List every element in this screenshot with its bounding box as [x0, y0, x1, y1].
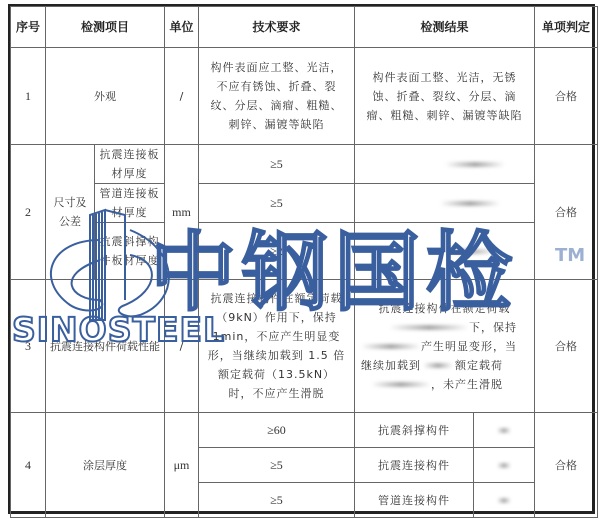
- test-report-table-frame: 序号 检测项目 单位 技术要求 检测结果 单项判定 1 外观 / 构件表面应工整…: [8, 4, 595, 514]
- subitem-name: 抗震斜撑构件板材厚度: [95, 223, 165, 280]
- header-no: 序号: [11, 7, 46, 48]
- row-verdict: 合格: [535, 280, 598, 413]
- row-unit: μm: [165, 413, 199, 518]
- row-verdict: 合格: [535, 145, 598, 280]
- row-unit: /: [165, 48, 199, 145]
- row-result: 构件表面工整、光洁，无锈蚀、折叠、裂纹、分层、滴瘤、粗糙、刺锌、漏镀等缺陷: [355, 48, 535, 145]
- subitem-requirement: ≥5: [199, 483, 355, 518]
- subitem-requirement: ≥5: [199, 145, 355, 184]
- subitem-component: 管道连接构件: [355, 483, 474, 518]
- subitem-value-redacted: [474, 448, 535, 483]
- header-unit: 单位: [165, 7, 199, 48]
- row-item: 外观: [46, 48, 165, 145]
- subitem-requirement: ≥2: [199, 223, 355, 280]
- header-verdict: 单项判定: [535, 7, 598, 48]
- result-line: 抗震连接构件在额定荷载: [361, 299, 528, 318]
- subitem-component: 抗震连接构件: [355, 448, 474, 483]
- header-item: 检测项目: [46, 7, 165, 48]
- row-item: 涂层厚度: [46, 413, 165, 518]
- row-no: 4: [11, 413, 46, 518]
- row-requirement: 抗震连接构件在额定荷载（9kN）作用下，保持 1min，不应产生明显变形，当继续…: [199, 280, 355, 413]
- table-row: 2 尺寸及公差 抗震连接板材厚度 mm ≥5 合格: [11, 145, 598, 184]
- subitem-requirement: ≥60: [199, 413, 355, 448]
- row-item: 尺寸及公差: [46, 145, 95, 280]
- result-line: ，未产生滑脱: [361, 375, 528, 394]
- table-row: 3 抗震连接构件荷载性能 / 抗震连接构件在额定荷载（9kN）作用下，保持 1m…: [11, 280, 598, 413]
- subitem-requirement: ≥5: [199, 184, 355, 223]
- table-row: 4 涂层厚度 μm ≥60 抗震斜撑构件 合格: [11, 413, 598, 448]
- row-result: 抗震连接构件在额定荷载 下，保持 产生明显变形，当 继续加载到额定载荷 ，未产生…: [355, 280, 535, 413]
- test-report-table: 序号 检测项目 单位 技术要求 检测结果 单项判定 1 外观 / 构件表面应工整…: [10, 6, 598, 518]
- row-verdict: 合格: [535, 48, 598, 145]
- subitem-name: 管道连接板材厚度: [95, 184, 165, 223]
- subitem-requirement: ≥5: [199, 448, 355, 483]
- row-unit: mm: [165, 145, 199, 280]
- result-line: 下，保持: [361, 318, 528, 337]
- row-no: 2: [11, 145, 46, 280]
- header-row: 序号 检测项目 单位 技术要求 检测结果 单项判定: [11, 7, 598, 48]
- table-row: 1 外观 / 构件表面应工整、光洁，不应有锈蚀、折叠、裂纹、分层、滴瘤、粗糙、刺…: [11, 48, 598, 145]
- result-line: 产生明显变形，当: [361, 337, 528, 356]
- header-result: 检测结果: [355, 7, 535, 48]
- row-unit: /: [165, 280, 199, 413]
- table-row: 管道连接板材厚度 ≥5: [11, 184, 598, 223]
- subitem-result-redacted: [355, 223, 535, 280]
- row-no: 3: [11, 280, 46, 413]
- header-requirement: 技术要求: [199, 7, 355, 48]
- subitem-result-redacted: [355, 145, 535, 184]
- row-item: 抗震连接构件荷载性能: [46, 280, 165, 413]
- subitem-result-redacted: [355, 184, 535, 223]
- subitem-value-redacted: [474, 483, 535, 518]
- subitem-name: 抗震连接板材厚度: [95, 145, 165, 184]
- row-requirement: 构件表面应工整、光洁，不应有锈蚀、折叠、裂纹、分层、滴瘤、粗糙、刺锌、漏镀等缺陷: [199, 48, 355, 145]
- row-no: 1: [11, 48, 46, 145]
- row-verdict: 合格: [535, 413, 598, 518]
- subitem-value-redacted: [474, 413, 535, 448]
- table-row: 抗震斜撑构件板材厚度 ≥2: [11, 223, 598, 280]
- result-line: 继续加载到额定载荷: [361, 356, 528, 375]
- subitem-component: 抗震斜撑构件: [355, 413, 474, 448]
